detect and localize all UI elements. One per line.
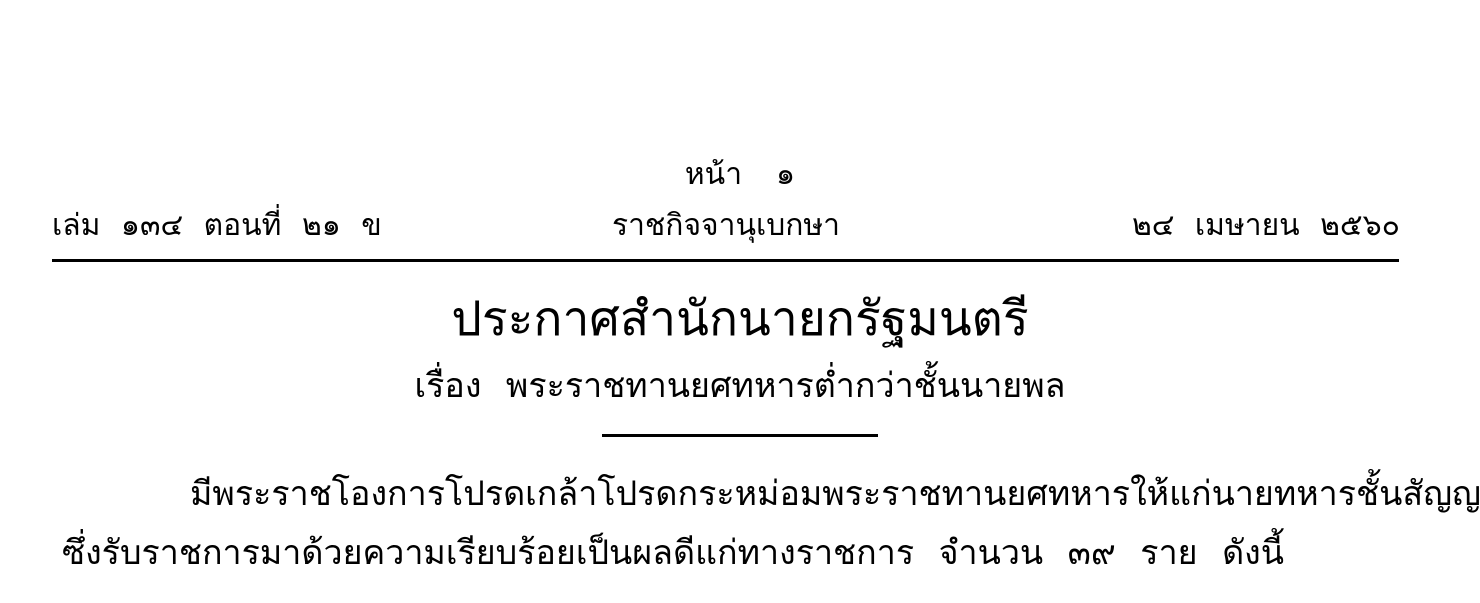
page-number-line: หน้า ๑ bbox=[0, 153, 1480, 197]
page-label: หน้า bbox=[685, 153, 742, 197]
body-line-1: มีพระราชโองการโปรดเกล้าโปรดกระหม่อมพระรา… bbox=[190, 470, 1480, 520]
announcement-title: ประกาศสำนักนายกรัฐมนตรี bbox=[0, 286, 1480, 354]
gazette-date: ๒๔ เมษายน ๒๕๖๐ bbox=[1132, 204, 1400, 248]
gazette-header-row: เล่ม ๑๓๔ ตอนที่ ๒๑ ข ราชกิจจานุเบกษา ๒๔ … bbox=[52, 204, 1400, 248]
page-number: ๑ bbox=[776, 153, 795, 197]
section-divider bbox=[602, 434, 878, 437]
header-rule bbox=[52, 259, 1399, 262]
body-line-2: ซึ่งรับราชการมาด้วยความเรียบร้อยเป็นผลดี… bbox=[62, 529, 1284, 579]
gazette-name: ราชกิจจานุเบกษา bbox=[612, 204, 840, 248]
gazette-document-page: หน้า ๑ เล่ม ๑๓๔ ตอนที่ ๒๑ ข ราชกิจจานุเบ… bbox=[0, 0, 1480, 603]
volume-info: เล่ม ๑๓๔ ตอนที่ ๒๑ ข bbox=[52, 204, 382, 248]
announcement-subject: เรื่อง พระราชทานยศทหารต่ำกว่าชั้นนายพล bbox=[0, 362, 1480, 412]
